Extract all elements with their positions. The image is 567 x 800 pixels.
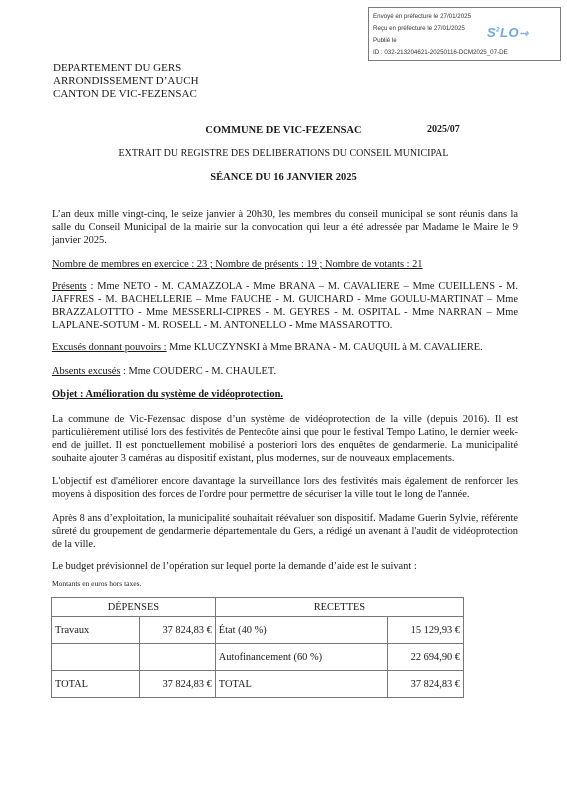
revenue-amount: 22 694,90 € xyxy=(387,644,463,671)
swoosh-icon: ⇝ xyxy=(519,28,529,40)
members-count: Nombre de membres en exercice : 23 ; Nom… xyxy=(52,258,518,271)
presents-label: Présents xyxy=(52,281,87,292)
table-row: TOTAL 37 824,83 € TOTAL 37 824,83 € xyxy=(52,671,464,698)
commune-title: COMMUNE DE VIC-FEZENSAC xyxy=(0,125,567,136)
absents-list: : Mme COUDERC - M. CHAULET. xyxy=(120,366,276,377)
arrondissement: ARRONDISSEMENT D’AUCH xyxy=(53,75,199,88)
presents-list: : Mme NETO - M. CAMAZZOLA - Mme BRANA – … xyxy=(52,281,518,331)
administrative-header: DEPARTEMENT DU GERS ARRONDISSEMENT D’AUC… xyxy=(53,62,199,101)
expense-total-amount: 37 824,83 € xyxy=(140,671,216,698)
expense-amount xyxy=(140,644,216,671)
revenue-label: État (40 %) xyxy=(215,617,387,644)
body-paragraph-2: L'objectif est d'améliorer encore davant… xyxy=(52,475,518,501)
expense-label: Travaux xyxy=(52,617,140,644)
presents-paragraph: Présents : Mme NETO - M. CAMAZZOLA - Mme… xyxy=(52,280,518,332)
revenue-total-amount: 37 824,83 € xyxy=(387,671,463,698)
excuses-paragraph: Excusés donnant pouvoirs : Mme KLUCZYNSK… xyxy=(52,341,518,354)
prefecture-stamp: Envoyé en préfecture le 27/01/2025 Reçu … xyxy=(368,7,561,61)
body-paragraph-1: La commune de Vic-Fezensac dispose d’un … xyxy=(52,413,518,465)
canton: CANTON DE VIC-FEZENSAC xyxy=(53,88,199,101)
absents-label: Absents excusés xyxy=(52,366,120,377)
stamp-id: ID : 032-213204621-20250116-DCM2025_07-D… xyxy=(373,47,556,59)
stamp-sent: Envoyé en préfecture le 27/01/2025 xyxy=(373,11,556,23)
table-header-row: DÉPENSES RECETTES xyxy=(52,598,464,617)
excuses-list: Mme KLUCZYNSKI à Mme BRANA - M. CAUQUIL … xyxy=(167,342,483,353)
department: DEPARTEMENT DU GERS xyxy=(53,62,199,75)
body-paragraph-3: Après 8 ans d’exploitation, la municipal… xyxy=(52,512,518,551)
table-row: Travaux 37 824,83 € État (40 %) 15 129,9… xyxy=(52,617,464,644)
expense-total-label: TOTAL xyxy=(52,671,140,698)
table-row: Autofinancement (60 %) 22 694,90 € xyxy=(52,644,464,671)
amounts-note: Montants en euros hors taxes. xyxy=(52,579,141,588)
body-paragraph-4: Le budget prévisionnel de l’opération su… xyxy=(52,560,518,573)
session-title: SÉANCE DU 16 JANVIER 2025 xyxy=(0,172,567,183)
expenses-header: DÉPENSES xyxy=(52,598,216,617)
absents-paragraph: Absents excusés : Mme COUDERC - M. CHAUL… xyxy=(52,365,518,378)
excuses-label: Excusés donnant pouvoirs : xyxy=(52,342,167,353)
object-title: Objet : Amélioration du système de vidéo… xyxy=(52,388,518,401)
expense-amount: 37 824,83 € xyxy=(140,617,216,644)
revenues-header: RECETTES xyxy=(215,598,463,617)
budget-table: DÉPENSES RECETTES Travaux 37 824,83 € Ét… xyxy=(51,597,464,698)
intro-paragraph: L’an deux mille vingt-cinq, le seize jan… xyxy=(52,208,518,247)
revenue-amount: 15 129,93 € xyxy=(387,617,463,644)
revenue-total-label: TOTAL xyxy=(215,671,387,698)
slo-logo: S2LO⇝ xyxy=(487,25,529,40)
revenue-label: Autofinancement (60 %) xyxy=(215,644,387,671)
expense-label xyxy=(52,644,140,671)
extract-title: EXTRAIT DU REGISTRE DES DELIBERATIONS DU… xyxy=(0,148,567,159)
